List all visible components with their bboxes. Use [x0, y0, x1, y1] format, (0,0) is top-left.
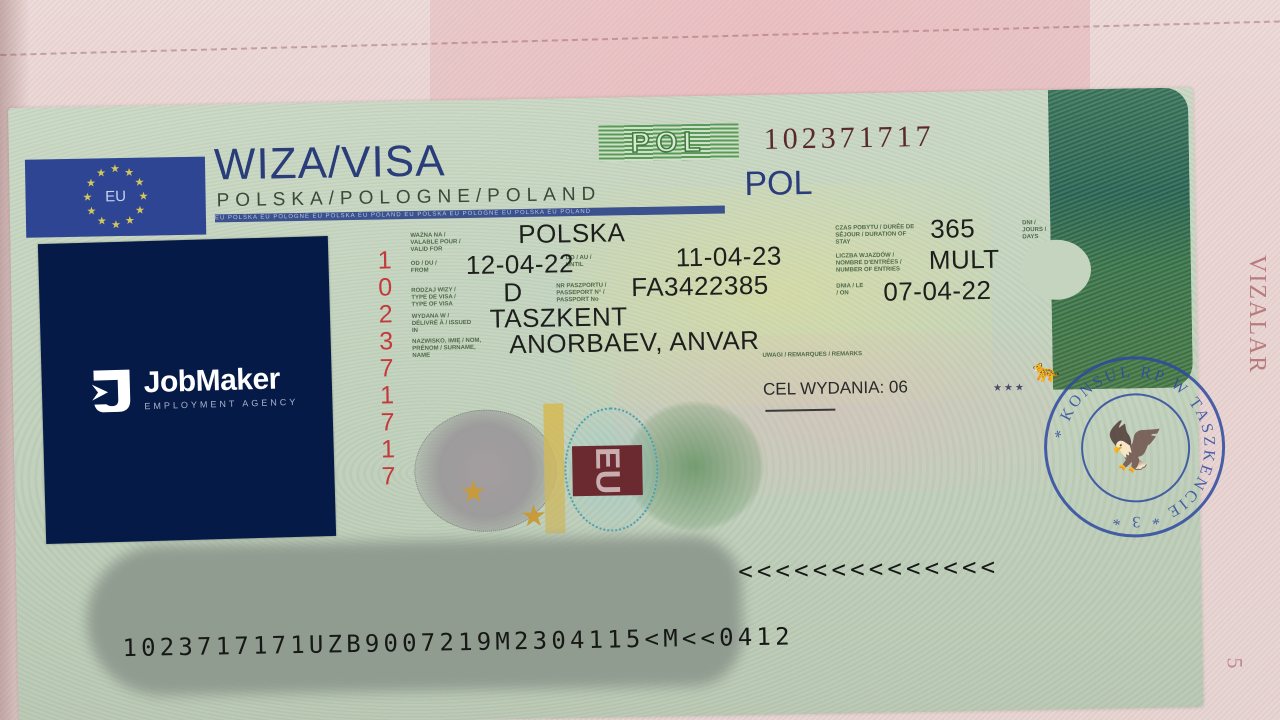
serial-digit: 0: [371, 274, 399, 301]
eu-star-icon: ★: [86, 206, 96, 217]
pol-badge-text: POL: [631, 126, 707, 159]
label-from: OD / DU / FROM: [411, 260, 451, 275]
value-number-of-entries: MULT: [929, 244, 1000, 276]
serial-number: 102371717: [763, 120, 935, 157]
label-issued-on: DNIA / LE / ON: [836, 283, 866, 298]
serial-digit: 3: [372, 328, 400, 355]
vertical-serial-number: 102371717: [370, 247, 402, 490]
serial-digit: 1: [374, 436, 402, 463]
eu-star-icon: ★: [135, 206, 145, 217]
eu-star-icon: ★: [110, 164, 120, 175]
hologram-star-icon: ★: [520, 499, 548, 534]
page-number: 5: [1222, 658, 1248, 669]
value-until: 11-04-23: [675, 241, 782, 274]
hologram-eu-text: EU: [572, 445, 643, 496]
eu-star-icon: ★: [82, 193, 92, 204]
label-duration-of-stay: CZAS POBYTU / DURÉE DE SÉJOUR / DURATION…: [835, 224, 915, 246]
brand-tagline: EMPLOYMENT AGENCY: [144, 396, 298, 410]
value-duration-of-stay: 365: [930, 213, 975, 245]
serial-digit: 7: [372, 355, 400, 382]
remarks-stars: ★★★: [993, 382, 1026, 394]
pol-security-badge: POL: [598, 123, 739, 161]
polish-eagle-icon: 🦅: [1105, 413, 1166, 484]
security-guilloche-strip: [1048, 87, 1193, 389]
label-issued-in: WYDANA W / DÉLIVRÉ À / ISSUED IN: [412, 313, 472, 335]
mrz-line-1: <<<<<<<<<<<<<<: [738, 553, 1000, 586]
value-issued-on: 07-04-22: [883, 275, 992, 308]
visa-title: WIZA/VISA: [214, 136, 446, 190]
eu-star-icon: ★: [138, 192, 148, 203]
serial-digit: 1: [373, 382, 401, 409]
jobmaker-j-icon: [89, 363, 134, 416]
jobmaker-logo-overlay: JobMaker EMPLOYMENT AGENCY: [38, 236, 336, 544]
country-code: POL: [744, 164, 813, 204]
eu-star-icon: ★: [86, 178, 96, 189]
blurred-photo-area: [86, 535, 744, 696]
eu-star-icon: ★: [124, 168, 134, 179]
label-valid-for: WAŻNA NA / VALABLE POUR / VALID FOR: [410, 232, 470, 254]
eu-star-icon: ★: [96, 168, 106, 179]
eu-star-icon: ★: [125, 216, 135, 227]
eu-star-icon: ★: [134, 178, 144, 189]
serial-digit: 2: [371, 301, 399, 328]
hologram-gold-strip: [543, 403, 565, 533]
hologram-star-icon: ★: [459, 475, 487, 510]
serial-digit: 1: [370, 247, 398, 274]
brand-name: JobMaker: [143, 363, 298, 397]
jobmaker-logo: JobMaker EMPLOYMENT AGENCY: [89, 359, 298, 417]
visa-hologram: ★ ★ EU: [413, 395, 755, 541]
consulate-stamp: * KONSUL RP W TASZKENCIE * 3 * 🦅: [1043, 355, 1227, 539]
value-passport-number: FA3422385: [631, 270, 769, 303]
label-number-of-entries: LICZBA WJAZDÓW / NOMBRE D'ENTRÉES / NUMB…: [836, 252, 921, 274]
value-name: ANORBAEV, ANVAR: [509, 325, 760, 360]
remarks-value: CEL WYDANIA: 06: [763, 377, 908, 400]
eu-star-ring-icon: EU ★★★★★★★★★★★★: [80, 162, 151, 233]
label-days: DNI / JOURS / DAYS: [1022, 220, 1052, 242]
value-valid-for: POLSKA: [518, 217, 626, 250]
eu-star-icon: ★: [97, 217, 107, 228]
eu-flag: EU ★★★★★★★★★★★★: [25, 157, 206, 238]
label-name: NAZWISKO, IMIĘ / NOM, PRÉNOM / SURNAME, …: [412, 338, 492, 360]
label-type-of-visa: RODZAJ WIZY / TYPE DE VISA / TYPE OF VIS…: [411, 287, 471, 309]
right-page-text: VIZALAR: [1243, 255, 1270, 374]
serial-digit: 7: [374, 463, 402, 490]
serial-digit: 7: [373, 409, 401, 436]
eu-star-icon: ★: [111, 220, 121, 231]
